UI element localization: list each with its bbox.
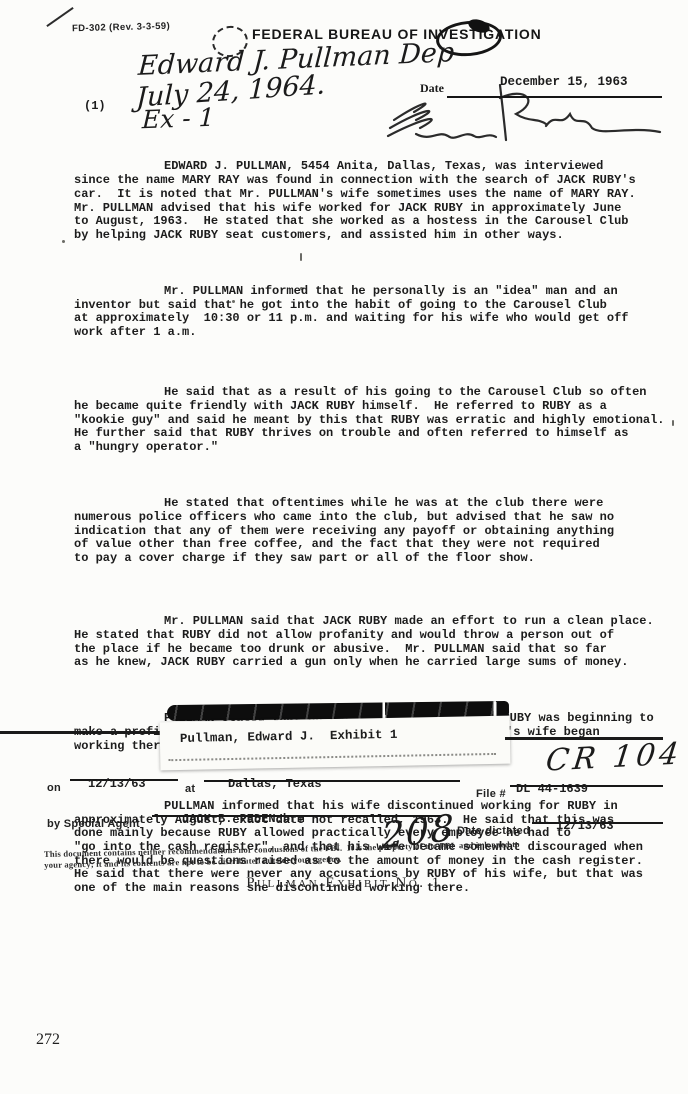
page-number: 272 — [36, 1031, 60, 1049]
paragraph: Mr. PULLMAN informed that he personally … — [74, 285, 674, 340]
paragraph: EDWARD J. PULLMAN, 5454 Anita, Dallas, T… — [74, 160, 674, 242]
date-dictated-label: Date dictated — [457, 825, 530, 837]
at-label: at — [185, 783, 195, 795]
paragraph: He stated that oftentimes while he was a… — [74, 497, 674, 566]
on-value: 12/13/63 — [88, 778, 146, 792]
handwritten-exhibit-number: Ex - 1 — [142, 103, 216, 135]
on-label: on — [47, 782, 61, 794]
paragraph: Mr. PULLMAN said that JACK RUBY made an … — [74, 615, 674, 670]
special-agent-label: by Special Agent — [47, 818, 140, 830]
paragraph: He said that as a result of his going to… — [74, 386, 674, 455]
scanned-document-page: FD-302 (Rev. 3-3-59) FEDERAL BUREAU OF I… — [0, 0, 688, 1094]
exhibit-caption: Pullman Exhibit No. 1 — [0, 875, 688, 892]
form-number: FD-302 (Rev. 3-3-59) — [72, 21, 170, 35]
report-body: EDWARD J. PULLMAN, 5454 Anita, Dallas, T… — [74, 133, 674, 938]
at-value: Dallas, Texas — [228, 778, 322, 792]
handwritten-cr-number: CR 104 — [544, 736, 684, 778]
file-number-label: File # — [476, 788, 506, 800]
file-number-value: DL 44-1639 — [516, 783, 588, 797]
margin-number: (1) — [84, 100, 106, 114]
special-agent-value: JACK B. PEDEN:brm — [182, 813, 304, 827]
scan-speck — [62, 240, 65, 243]
scan-artifact-corner-line — [46, 7, 73, 27]
exhibit-label-text: Pullman, Edward J. Exhibit 1 — [180, 729, 398, 747]
exhibit-label-strip: Pullman, Edward J. Exhibit 1 — [160, 716, 511, 771]
date-dictated-value: 12/13/63 — [556, 820, 614, 834]
